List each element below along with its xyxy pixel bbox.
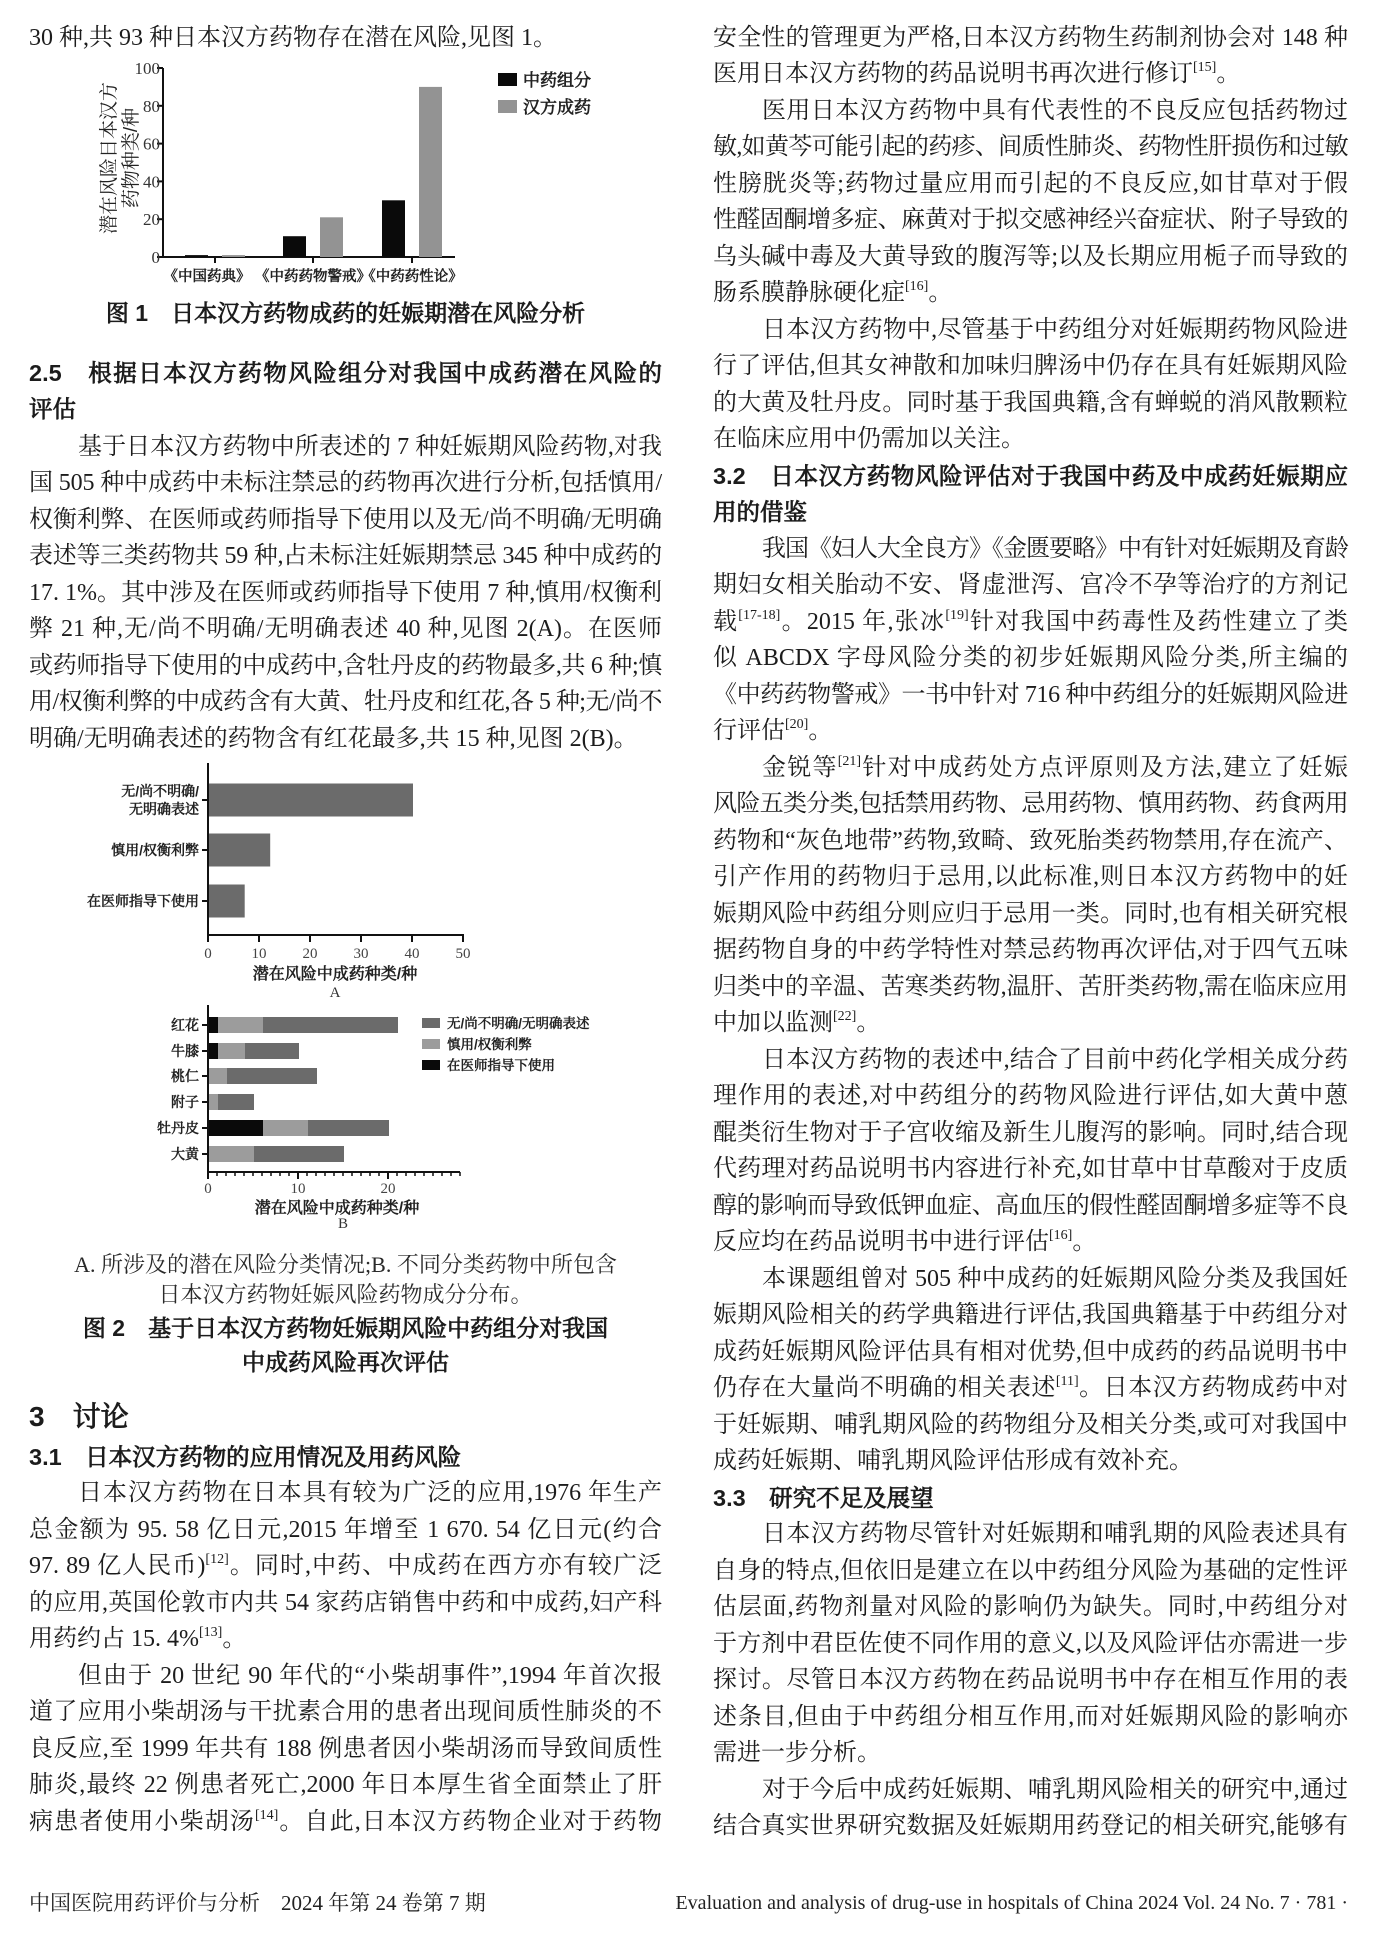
text-line-content: 理作用的表述,对中药组分的药物风险进行评估,如大黄中蒽: [713, 1083, 1348, 1109]
text-line-content: 本课题组曾对 505 种中成药的妊娠期风险分类及我国妊: [762, 1266, 1348, 1292]
text-line: 在临床应用中仍需加以关注。: [713, 421, 1348, 458]
bar-segment: [218, 1043, 245, 1059]
text-line-content: 述条目,但由于中药组分相互作用,而对妊娠期风险的影响亦: [713, 1704, 1348, 1730]
text-line: 代药理对药品说明书内容进行补充,如甘草中甘草酸对于皮质: [713, 1151, 1348, 1188]
x-category-label: 《中国药典》: [164, 267, 251, 285]
citation-ref: [22]: [833, 1009, 856, 1024]
bar-segment: [308, 1120, 389, 1136]
text-line: 期妇女相关胎动不安、肾虚泄泻、宫冷不孕等治疗的方剂记: [713, 567, 1348, 604]
text-line-content: 敏,如黄芩可能引起的药疹、间质性肺炎、药物性肝损伤和过敏: [713, 134, 1348, 160]
bar-segment: [245, 1043, 299, 1059]
text-line: 仍存在大量尚不明确的相关表述[11]。日本汉方药物成药中对: [713, 1370, 1348, 1407]
text-line: 引产作用的药物归于忌用,以此标准,则日本汉方药物中的妊: [713, 859, 1348, 896]
text-line: 97. 89 亿人民币)[12]。同时,中药、中成药在西方亦有较广泛: [29, 1548, 662, 1585]
bar-segment: [209, 1146, 254, 1162]
bar-segment: [254, 1146, 344, 1162]
text-line-content: 弊 21 种,无/尚不明确/无明确表述 40 种,见图 2(A)。在医师: [29, 616, 662, 642]
section-3-2-heading: 3.2 日本汉方药物风险评估对于我国中药及中成药妊娠期应用的借鉴: [713, 458, 1348, 531]
text-line-content: 性醛固酮增多症、麻黄对于拟交感神经兴奋症状、附子导致的: [713, 207, 1348, 233]
text-line-content: 需进一步分析。: [713, 1740, 881, 1766]
text-line: 需进一步分析。: [713, 1735, 1348, 1772]
x-axis-title: 潜在风险中成药种类/种: [255, 1198, 419, 1217]
text-line-content: 性膀胱炎等;药物过量应用而引起的不良反应,如甘草对于假: [713, 171, 1348, 197]
text-line: 中加以监测[22]。: [713, 1005, 1348, 1042]
text-line-content: 用的借鉴: [713, 499, 807, 525]
text-line-content: 药物和“灰色地带”药物,致畸、致死胎类药物禁用,存在流产、: [713, 828, 1348, 854]
text-line-content: 基于日本汉方药物中所表述的 7 种妊娠期风险药物,对我: [78, 434, 662, 460]
section-3-3-heading: 3.3 研究不足及展望: [713, 1480, 1348, 1517]
text-line-content: 载[17-18]。2015 年,张冰[19]针对我国中药毒性及药性建立了类: [713, 609, 1348, 635]
x-category-label: 《中药药物警戒》: [255, 267, 371, 285]
legend-swatch: [422, 1060, 440, 1070]
text-line-content: 娠期风险中药组分则应归于忌用一类。同时,也有相关研究根: [713, 901, 1348, 927]
text-line-content: 行评估[20]。: [713, 718, 832, 744]
y-category-label: 大黄: [171, 1146, 200, 1162]
panel-label: A: [330, 985, 341, 1001]
text-line-content: 据药物自身的中药学特性对禁忌药物再次评估,对于四气五味: [713, 937, 1348, 963]
bar-segment: [209, 1094, 218, 1110]
citation-ref: [14]: [255, 1808, 278, 1823]
y-tick-label: 40: [143, 172, 160, 191]
text-line: 病患者使用小柴胡汤[14]。自此,日本汉方药物企业对于药物: [29, 1804, 662, 1841]
text-line-content: 日本汉方药物在日本具有较为广泛的应用,1976 年生产: [78, 1480, 662, 1506]
text-line-content: 归类中的辛温、苦寒类药物,温肝、苦肝类药物,需在临床应用: [713, 974, 1348, 1000]
text-line: 理作用的表述,对中药组分的药物风险进行评估,如大黄中蒽: [713, 1078, 1348, 1115]
text-line-content: 中成药风险再次评估: [242, 1349, 449, 1375]
paragraph: 医用日本汉方药物中具有代表性的不良反应包括药物过敏,如黄芩可能引起的药疹、间质性…: [713, 93, 1348, 312]
bar-segment: [218, 1017, 263, 1033]
text-line-content: 医用日本汉方药物的药品说明书再次进行修订[15]。: [713, 61, 1240, 87]
paragraph: 日本汉方药物中,尽管基于中药组分对妊娠期药物风险进行了评估,但其女神散和加味归脾…: [713, 312, 1348, 458]
text-line: 3.1 日本汉方药物的应用情况及用药风险: [29, 1439, 662, 1476]
x-tick-label: 10: [291, 1181, 306, 1197]
text-line-content: 自身的特点,但依旧是建立在以中药组分风险为基础的定性评: [713, 1558, 1348, 1584]
text-line: 载[17-18]。2015 年,张冰[19]针对我国中药毒性及药性建立了类: [713, 604, 1348, 641]
text-line: 药物和“灰色地带”药物,致畸、致死胎类药物禁用,存在流产、: [713, 823, 1348, 860]
text-line: 国 505 种中成药中未标注禁忌的药物再次进行分析,包括慎用/: [29, 465, 662, 502]
text-line: 性醛固酮增多症、麻黄对于拟交感神经兴奋症状、附子导致的: [713, 202, 1348, 239]
y-category-label: 无/尚不明确/: [121, 783, 199, 799]
section-3-1: 3.1 日本汉方药物的应用情况及用药风险 日本汉方药物在日本具有较为广泛的应用,…: [29, 1439, 662, 1841]
text-line: 醇的影响而导致低钾血症、高血压的假性醛固酮增多症等不良: [713, 1188, 1348, 1225]
text-line-content: 3.1 日本汉方药物的应用情况及用药风险: [29, 1444, 461, 1470]
text-line: 自身的特点,但依旧是建立在以中药组分风险为基础的定性评: [713, 1553, 1348, 1590]
text-line-content: 道了应用小柴胡汤与干扰素合用的患者出现间质性肺炎的不: [29, 1699, 662, 1725]
text-line: 权衡利弊、在医师或药师指导下使用以及无/尚不明确/无明确: [29, 502, 662, 539]
text-line: 道了应用小柴胡汤与干扰素合用的患者出现间质性肺炎的不: [29, 1694, 662, 1731]
text-line: 日本汉方药物在日本具有较为广泛的应用,1976 年生产: [29, 1475, 662, 1512]
text-line-content: 反应均在药品说明书中进行评估[16]。: [713, 1229, 1096, 1255]
legend-swatch: [498, 100, 517, 113]
text-line: 本课题组曾对 505 种中成药的妊娠期风险分类及我国妊: [713, 1261, 1348, 1298]
text-line: 17. 1%。其中涉及在医师或药师指导下使用 7 种,慎用/权衡利: [29, 575, 662, 612]
text-line-content: 在临床应用中仍需加以关注。: [713, 426, 1025, 452]
text-line-content: 估层面,药物剂量对风险的影响仍为缺失。同时,中药组分对: [713, 1594, 1348, 1620]
x-tick-label: 20: [381, 1181, 396, 1197]
text-line: 行评估[20]。: [713, 713, 1348, 750]
text-line-content: 日本汉方药物的表述中,结合了目前中药化学相关成分药: [762, 1047, 1348, 1073]
text-line-content: 97. 89 亿人民币)[12]。同时,中药、中成药在西方亦有较广泛: [29, 1553, 662, 1579]
text-line: 娠期风险中药组分则应归于忌用一类。同时,也有相关研究根: [713, 896, 1348, 933]
text-line-content: 成药妊娠期风险评估具有相对优势,但中成药的药品说明书中: [713, 1339, 1348, 1365]
text-line-content: 的大黄及牡丹皮。同时基于我国典籍,含有蝉蜕的消风散颗粒: [713, 390, 1348, 416]
x-tick-label: 20: [303, 946, 318, 962]
text-line-content: 我国《妇人大全良方》《金匮要略》中有针对妊娠期及育龄: [762, 536, 1348, 562]
y-tick-label: 80: [143, 97, 160, 116]
text-line: 行了评估,但其女神散和加味归脾汤中仍存在具有妊娠期风险: [713, 348, 1348, 385]
bar: [209, 834, 270, 867]
text-line-content: 探讨。尽管日本汉方药物在药品说明书中存在相互作用的表: [713, 1667, 1348, 1693]
paragraph: 日本汉方药物的表述中,结合了目前中药化学相关成分药理作用的表述,对中药组分的药物…: [713, 1042, 1348, 1261]
text-line: 良反应,至 1999 年共有 188 例患者因小柴胡汤而导致间质性: [29, 1731, 662, 1768]
legend-label: 在医师指导下使用: [447, 1057, 555, 1073]
bar-segment: [227, 1068, 317, 1084]
y-axis-title: 潜在风险日本汉方: [98, 82, 120, 234]
text-line: 结合真实世界研究数据及妊娠期用药登记的相关研究,能够有: [713, 1808, 1348, 1845]
text-line-content: 日本汉方药物妊娠风险药物成分分布。: [158, 1282, 532, 1307]
text-line-content: 明确/无明确表述的药物含有红花最多,共 15 种,见图 2(B)。: [29, 726, 638, 752]
text-line-content: 良反应,至 1999 年共有 188 例患者因小柴胡汤而导致间质性: [29, 1736, 662, 1762]
paragraph: 金锐等[21]针对中成药处方点评原则及方法,建立了妊娠风险五类分类,包括禁用药物…: [713, 750, 1348, 1042]
figure-2a-horizontal-bar-chart: 01020304050无/尚不明确/无明确表述慎用/权衡利弊在医师指导下使用潜在…: [0, 755, 690, 1000]
bar-segment: [209, 1068, 227, 1084]
text-line-content: 期妇女相关胎动不安、肾虚泄泻、宫冷不孕等治疗的方剂记: [713, 572, 1348, 598]
text-line: 中成药风险再次评估: [29, 1345, 662, 1379]
text-line-content: 仍存在大量尚不明确的相关表述[11]。日本汉方药物成药中对: [713, 1375, 1348, 1401]
y-category-label: 在医师指导下使用: [87, 893, 199, 909]
text-line: 敏,如黄芩可能引起的药疹、间质性肺炎、药物性肝损伤和过敏: [713, 129, 1348, 166]
right-column: 安全性的管理更为严格,日本汉方药物生药制剂协会对 148 种医用日本汉方药物的药…: [713, 20, 1348, 1845]
x-tick-label: 0: [204, 1181, 212, 1197]
text-line: 总金额为 95. 58 亿日元,2015 年增至 1 670. 54 亿日元(约…: [29, 1512, 662, 1549]
legend-swatch: [498, 73, 517, 86]
text-line: 娠期风险相关的药学典籍进行评估,我国典籍基于中药组分对: [713, 1297, 1348, 1334]
bar-segment: [209, 1043, 218, 1059]
x-tick-label: 50: [456, 946, 471, 962]
figure-1-caption: 图 1 日本汉方药物成药的妊娠期潜在风险分析: [29, 296, 662, 330]
text-line-content: A. 所涉及的潜在风险分类情况;B. 不同分类药物中所包含: [74, 1252, 617, 1277]
text-line: 据药物自身的中药学特性对禁忌药物再次评估,对于四气五味: [713, 932, 1348, 969]
text-line: 探讨。尽管日本汉方药物在药品说明书中存在相互作用的表: [713, 1662, 1348, 1699]
text-line-content: 行了评估,但其女神散和加味归脾汤中仍存在具有妊娠期风险: [713, 353, 1348, 379]
text-line-content: 对于今后中成药妊娠期、哺乳期风险相关的研究中,通过: [762, 1777, 1348, 1803]
text-line: 估层面,药物剂量对风险的影响仍为缺失。同时,中药组分对: [713, 1589, 1348, 1626]
text-line-content: 国 505 种中成药中未标注禁忌的药物再次进行分析,包括慎用/: [29, 470, 662, 496]
text-line: 对于今后中成药妊娠期、哺乳期风险相关的研究中,通过: [713, 1772, 1348, 1809]
text-line-content: 《中药药物警戒》一书中针对 716 种中药组分的妊娠期风险进: [713, 682, 1348, 708]
bar-herbal-component: [382, 200, 405, 257]
x-tick-label: 40: [405, 946, 420, 962]
legend-label: 中药组分: [523, 70, 591, 90]
bar: [209, 784, 413, 817]
text-line-content: 3.2 日本汉方药物风险评估对于我国中药及中成药妊娠期应: [713, 463, 1348, 489]
paragraph: 本课题组曾对 505 种中成药的妊娠期风险分类及我国妊娠期风险相关的药学典籍进行…: [713, 1261, 1348, 1480]
text-line-content: 权衡利弊、在医师或药师指导下使用以及无/尚不明确/无明确: [29, 507, 662, 533]
x-tick-label: 0: [204, 946, 212, 962]
y-tick-label: 20: [143, 210, 160, 229]
paragraph: 我国《妇人大全良方》《金匮要略》中有针对妊娠期及育龄期妇女相关胎动不安、肾虚泄泻…: [713, 531, 1348, 750]
text-line: 乌头碱中毒及大黄导致的腹泻等;以及长期应用栀子而导致的: [713, 239, 1348, 276]
text-line: 的大黄及牡丹皮。同时基于我国典籍,含有蝉蜕的消风散颗粒: [713, 385, 1348, 422]
text-line-content: 于妊娠期、哺乳期风险的药物组分及相关分类,或可对我国中: [713, 1412, 1348, 1438]
legend-label: 无/尚不明确/无明确表述: [447, 1015, 590, 1031]
text-line-content: 似 ABCDX 字母风险分类的初步妊娠期风险分类,所主编的: [713, 645, 1348, 671]
text-line: 用/权衡利弊的中成药含有大黄、牡丹皮和红花,各 5 种;无/尚不: [29, 684, 662, 721]
section-3-1-heading: 3.1 日本汉方药物的应用情况及用药风险: [29, 1439, 662, 1476]
text-line-content: 病患者使用小柴胡汤[14]。自此,日本汉方药物企业对于药物: [29, 1809, 662, 1835]
footer-journal-en-page-number: Evaluation and analysis of drug-use in h…: [675, 1888, 1348, 1918]
x-category-label: 《中药药性论》: [361, 267, 463, 285]
paragraph: 日本汉方药物尽管针对妊娠期和哺乳期的风险表述具有自身的特点,但依旧是建立在以中药…: [713, 1516, 1348, 1772]
text-line: 肺炎,最终 22 例患者死亡,2000 年日本厚生省全面禁止了肝: [29, 1767, 662, 1804]
legend-label: 慎用/权衡利弊: [447, 1036, 532, 1052]
text-line-content: 乌头碱中毒及大黄导致的腹泻等;以及长期应用栀子而导致的: [713, 244, 1348, 270]
y-category-label: 慎用/权衡利弊: [111, 842, 199, 858]
y-category-label: 牡丹皮: [157, 1120, 199, 1136]
paragraph: 但由于 20 世纪 90 年代的“小柴胡事件”,1994 年首次报道了应用小柴胡…: [29, 1658, 662, 1841]
text-line: 《中药药物警戒》一书中针对 716 种中药组分的妊娠期风险进: [713, 677, 1348, 714]
text-line: 或药师指导下使用的中成药中,含牡丹皮的药物最多,共 6 种;慎: [29, 648, 662, 685]
text-line: 日本汉方药物尽管针对妊娠期和哺乳期的风险表述具有: [713, 1516, 1348, 1553]
bar-herbal-component: [283, 236, 306, 257]
text-line: 于妊娠期、哺乳期风险的药物组分及相关分类,或可对我国中: [713, 1407, 1348, 1444]
text-line-content: 成药妊娠期、哺乳期风险评估形成有效补充。: [713, 1448, 1193, 1474]
text-line: 医用日本汉方药物的药品说明书再次进行修订[15]。: [713, 56, 1348, 93]
text-line: 用的借鉴: [713, 494, 1348, 531]
text-line-content: 醌类衍生物对于子宫收缩及新生儿腹泻的影响。同时,结合现: [713, 1120, 1348, 1146]
text-line-content: 日本汉方药物中,尽管基于中药组分对妊娠期药物风险进: [762, 317, 1348, 343]
legend-swatch: [422, 1039, 440, 1049]
text-line: 性膀胱炎等;药物过量应用而引起的不良反应,如甘草对于假: [713, 166, 1348, 203]
text-line: 安全性的管理更为严格,日本汉方药物生药制剂协会对 148 种: [713, 20, 1348, 57]
text-line: A. 所涉及的潜在风险分类情况;B. 不同分类药物中所包含: [29, 1250, 662, 1280]
text-line: 弊 21 种,无/尚不明确/无明确表述 40 种,见图 2(A)。在医师: [29, 611, 662, 648]
text-line-content: 医用日本汉方药物中具有代表性的不良反应包括药物过: [762, 98, 1348, 124]
text-line: 3.3 研究不足及展望: [713, 1480, 1348, 1517]
bar-segment: [218, 1094, 254, 1110]
bar-segment: [263, 1017, 398, 1033]
text-line-content: 评估: [29, 396, 76, 422]
y-category-label: 附子: [171, 1094, 199, 1110]
x-tick-label: 10: [252, 946, 267, 962]
bar-kampo-formula: [419, 87, 442, 257]
y-tick-label: 60: [143, 135, 160, 154]
text-line: 金锐等[21]针对中成药处方点评原则及方法,建立了妊娠: [713, 750, 1348, 787]
y-tick-label: 0: [152, 248, 161, 267]
y-category-label: 无明确表述: [129, 801, 199, 817]
figure-1-bar-chart: 020406080100《中国药典》《中药药物警戒》《中药药性论》潜在风险日本汉…: [0, 50, 690, 300]
text-line-content: 日本汉方药物尽管针对妊娠期和哺乳期的风险表述具有: [762, 1521, 1348, 1547]
journal-page: 30 种,共 93 种日本汉方药物存在潜在风险,见图 1。 0204060801…: [0, 0, 1375, 1940]
figure-2-notes: A. 所涉及的潜在风险分类情况;B. 不同分类药物中所包含日本汉方药物妊娠风险药…: [29, 1250, 662, 1310]
citation-ref: [19]: [945, 608, 968, 623]
text-line-content: 娠期风险相关的药学典籍进行评估,我国典籍基于中药组分对: [713, 1302, 1348, 1328]
y-axis-title: 药物种类/种: [120, 108, 142, 208]
text-line: 成药妊娠期风险评估具有相对优势,但中成药的药品说明书中: [713, 1334, 1348, 1371]
text-line-content: 总金额为 95. 58 亿日元,2015 年增至 1 670. 54 亿日元(约…: [29, 1517, 662, 1543]
text-line-content: 图 2 基于日本汉方药物妊娠期风险中药组分对我国: [83, 1315, 608, 1341]
text-line: 风险五类分类,包括禁用药物、忌用药物、慎用药物、药食两用: [713, 786, 1348, 823]
text-line-content: 3.3 研究不足及展望: [713, 1485, 934, 1511]
text-line-content: 代药理对药品说明书内容进行补充,如甘草中甘草酸对于皮质: [713, 1156, 1348, 1182]
text-line: 表述等三类药物共 59 种,占未标注妊娠期禁忌 345 种中成药的: [29, 538, 662, 575]
text-line-content: 的应用,英国伦敦市内共 54 家药店销售中药和中成药,妇产科: [29, 1590, 662, 1616]
text-line: 3.2 日本汉方药物风险评估对于我国中药及中成药妊娠期应: [713, 458, 1348, 495]
text-line-content: 于方剂中君臣佐使不同作用的意义,以及风险评估亦需进一步: [713, 1631, 1348, 1657]
figure-2b-stacked-bar-chart: 01020红花牛膝桃仁附子牡丹皮大黄无/尚不明确/无明确表述慎用/权衡利弊在医师…: [0, 1000, 690, 1235]
citation-ref: [16]: [1049, 1228, 1072, 1243]
citation-ref: [17-18]: [738, 608, 780, 623]
text-line: 2.5 根据日本汉方药物风险组分对我国中成药潜在风险的: [29, 355, 662, 392]
text-line-content: 肺炎,最终 22 例患者死亡,2000 年日本厚生省全面禁止了肝: [29, 1772, 662, 1798]
bar-herbal-component: [185, 255, 208, 257]
text-line: 的应用,英国伦敦市内共 54 家药店销售中药和中成药,妇产科: [29, 1585, 662, 1622]
text-line: 日本汉方药物中,尽管基于中药组分对妊娠期药物风险进: [713, 312, 1348, 349]
citation-ref: [20]: [785, 717, 808, 732]
citation-ref: [12]: [205, 1552, 228, 1567]
text-line-content: 17. 1%。其中涉及在医师或药师指导下使用 7 种,慎用/权衡利: [29, 580, 662, 606]
legend-swatch: [422, 1018, 440, 1028]
y-category-label: 桃仁: [171, 1068, 199, 1084]
citation-ref: [21]: [838, 754, 861, 769]
text-line-content: 表述等三类药物共 59 种,占未标注妊娠期禁忌 345 种中成药的: [29, 543, 662, 569]
text-line-content: 或药师指导下使用的中成药中,含牡丹皮的药物最多,共 6 种;慎: [29, 653, 662, 679]
text-line-content: 中加以监测[22]。: [713, 1010, 880, 1036]
bar-segment: [209, 1120, 263, 1136]
x-tick-label: 30: [354, 946, 369, 962]
text-line-content: 结合真实世界研究数据及妊娠期用药登记的相关研究,能够有: [713, 1813, 1348, 1839]
text-line-content: 但由于 20 世纪 90 年代的“小柴胡事件”,1994 年首次报: [78, 1663, 662, 1689]
section-2-5-paragraph: 基于日本汉方药物中所表述的 7 种妊娠期风险药物,对我国 505 种中成药中未标…: [29, 429, 662, 758]
text-line-content: 用/权衡利弊的中成药含有大黄、牡丹皮和红花,各 5 种;无/尚不: [29, 689, 662, 715]
paragraph: 日本汉方药物在日本具有较为广泛的应用,1976 年生产总金额为 95. 58 亿…: [29, 1475, 662, 1658]
text-line: 用药约占 15. 4%[13]。: [29, 1621, 662, 1658]
citation-ref: [15]: [1193, 60, 1216, 75]
text-line: 归类中的辛温、苦寒类药物,温肝、苦肝类药物,需在临床应用: [713, 969, 1348, 1006]
text-line-content: 肠系膜静脉硬化症[16]。: [713, 280, 952, 306]
paragraph: 对于今后中成药妊娠期、哺乳期风险相关的研究中,通过结合真实世界研究数据及妊娠期用…: [713, 1772, 1348, 1845]
bar-kampo-formula: [320, 217, 343, 257]
bar-segment: [263, 1120, 308, 1136]
citation-ref: [11]: [1056, 1374, 1079, 1389]
text-line: 我国《妇人大全良方》《金匮要略》中有针对妊娠期及育龄: [713, 531, 1348, 568]
y-tick-label: 100: [135, 59, 161, 78]
text-line: 反应均在药品说明书中进行评估[16]。: [713, 1224, 1348, 1261]
text-line-content: 安全性的管理更为严格,日本汉方药物生药制剂协会对 148 种: [713, 25, 1348, 51]
section-2-5-heading: 2.5 根据日本汉方药物风险组分对我国中成药潜在风险的评估: [29, 355, 662, 428]
text-line-content: 引产作用的药物归于忌用,以此标准,则日本汉方药物中的妊: [713, 864, 1348, 890]
figure-2-caption: 图 2 基于日本汉方药物妊娠期风险中药组分对我国中成药风险再次评估: [29, 1311, 662, 1379]
text-line: 日本汉方药物的表述中,结合了目前中药化学相关成分药: [713, 1042, 1348, 1079]
citation-ref: [16]: [905, 279, 928, 294]
legend-label: 汉方成药: [523, 97, 591, 117]
text-line: 述条目,但由于中药组分相互作用,而对妊娠期风险的影响亦: [713, 1699, 1348, 1736]
text-line-content: 用药约占 15. 4%[13]。: [29, 1626, 246, 1652]
text-line-content: 金锐等[21]针对中成药处方点评原则及方法,建立了妊娠: [762, 755, 1348, 781]
text-line: 但由于 20 世纪 90 年代的“小柴胡事件”,1994 年首次报: [29, 1658, 662, 1695]
text-line: 明确/无明确表述的药物含有红花最多,共 15 种,见图 2(B)。: [29, 721, 662, 758]
bar-kampo-formula: [222, 255, 245, 257]
bar: [209, 885, 245, 918]
text-line: 图 2 基于日本汉方药物妊娠期风险中药组分对我国: [29, 1311, 662, 1345]
y-category-label: 红花: [171, 1017, 199, 1033]
text-line: 成药妊娠期、哺乳期风险评估形成有效补充。: [713, 1443, 1348, 1480]
panel-label: B: [338, 1216, 348, 1232]
footer-journal-cn: 中国医院用药评价与分析 2024 年第 24 卷第 7 期: [29, 1888, 486, 1918]
citation-ref: [13]: [199, 1625, 222, 1640]
text-line-content: 2.5 根据日本汉方药物风险组分对我国中成药潜在风险的: [29, 360, 662, 386]
text-line: 肠系膜静脉硬化症[16]。: [713, 275, 1348, 312]
text-line-content: 醇的影响而导致低钾血症、高血压的假性醛固酮增多症等不良: [713, 1193, 1348, 1219]
section-3-heading: 3 讨论: [29, 1397, 129, 1437]
text-line-content: 风险五类分类,包括禁用药物、忌用药物、慎用药物、药食两用: [713, 791, 1348, 817]
text-line: 日本汉方药物妊娠风险药物成分分布。: [29, 1280, 662, 1310]
text-line: 似 ABCDX 字母风险分类的初步妊娠期风险分类,所主编的: [713, 640, 1348, 677]
text-line: 醌类衍生物对于子宫收缩及新生儿腹泻的影响。同时,结合现: [713, 1115, 1348, 1152]
x-axis-title: 潜在风险中成药种类/种: [253, 964, 417, 983]
bar-segment: [209, 1017, 218, 1033]
text-line: 于方剂中君臣佐使不同作用的意义,以及风险评估亦需进一步: [713, 1626, 1348, 1663]
text-line: 医用日本汉方药物中具有代表性的不良反应包括药物过: [713, 93, 1348, 130]
text-line-content: 30 种,共 93 种日本汉方药物存在潜在风险,见图 1。: [29, 25, 557, 51]
continued-paragraph: 安全性的管理更为严格,日本汉方药物生药制剂协会对 148 种医用日本汉方药物的药…: [713, 20, 1348, 93]
text-line: 评估: [29, 391, 662, 428]
y-category-label: 牛膝: [171, 1043, 199, 1059]
text-line: 基于日本汉方药物中所表述的 7 种妊娠期风险药物,对我: [29, 429, 662, 466]
